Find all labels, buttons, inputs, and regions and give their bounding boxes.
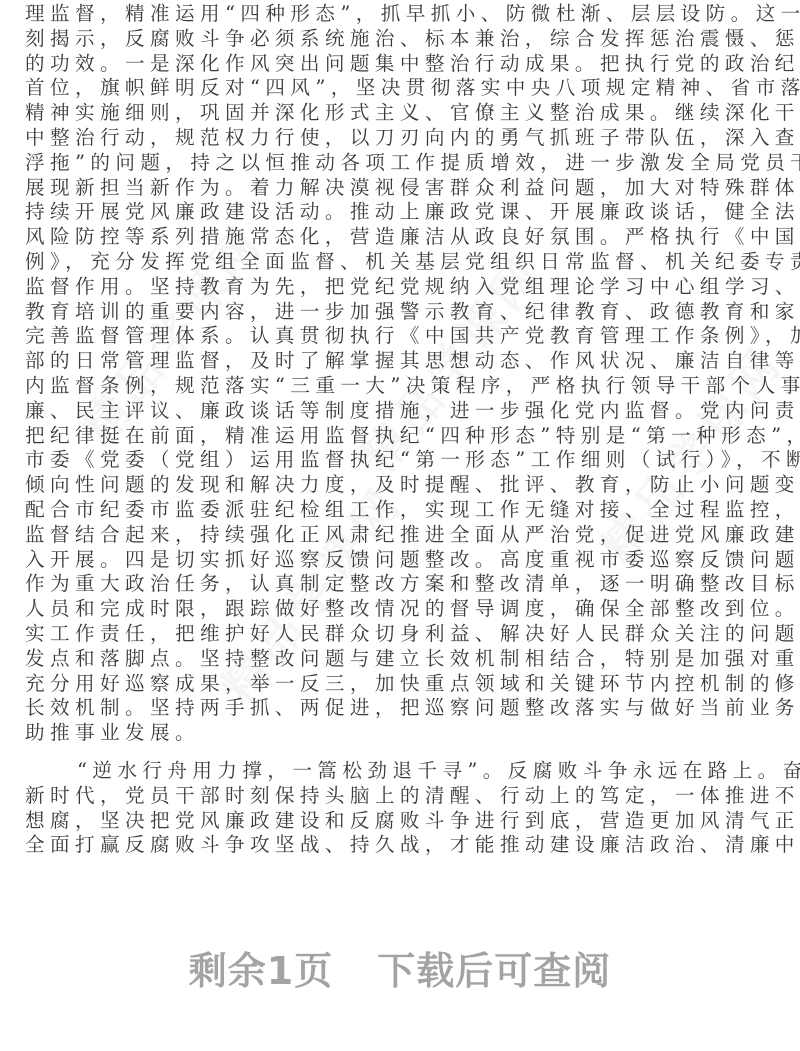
text-line: 全面打赢反腐败斗争攻坚战、持久战，才能推动建设廉洁政治、清廉中国行稳致远。 bbox=[25, 833, 777, 858]
text-line: 精神实施细则，巩固并深化形式主义、官僚主义整治成果。继续深化干部作风突出问题集 bbox=[25, 101, 777, 126]
paragraph-spacer bbox=[25, 746, 777, 759]
text-line: 入开展。四是切实抓好巡察反馈问题整改。高度重视市委巡察反馈问题整改工作，将巡察 bbox=[25, 548, 777, 573]
text-line: 首位，旗帜鲜明反对“四风”，坚决贯彻落实中央八项规定精神、省市落实中央八项规定 bbox=[25, 76, 777, 101]
paragraph-2: “逆水行舟用力撑，一篙松劲退千寻”。反腐败斗争永远在路上。奋进新征程，建功 新时… bbox=[25, 759, 777, 858]
text-line: 倾向性问题的发现和解决力度，及时提醒、批评、教育，防止小问题变成大问题。要密切 bbox=[25, 473, 777, 498]
text-line: 市委《党委（党组）运用监督执纪“第一形态”工作细则（试行）》，不断加大对苗头性、 bbox=[25, 448, 777, 473]
text-line: 的功效。一是深化作风突出问题集中整治行动成果。把执行党的政治纪律、政治规矩放在 bbox=[25, 52, 777, 77]
text-line: 廉、民主评议、廉政谈话等制度措施，进一步强化党内监督。党内问责要坚持纪在法前， bbox=[25, 399, 777, 424]
text-line: 监督作用。坚持教育为先，把党纪党规纳入党组理论学习中心组学习、党支部学习和党员 bbox=[25, 275, 777, 300]
text-line: 监督结合起来，持续强化正风肃纪推进全面从严治党，促进党风廉政建设和反腐败工作深 bbox=[25, 523, 777, 548]
text-line: 部的日常管理监督，及时了解掌握其思想动态、作风状况、廉洁自律等情况，认真执行党 bbox=[25, 349, 777, 374]
paragraph-1: 理监督，精准运用“四种形态”，抓早抓小、防微杜渐、层层设防。这一重要论述再次深 … bbox=[25, 2, 777, 746]
text-line: 中整治行动，规范权力行使，以刀刃向内的勇气抓班子带队伍，深入查摆和解决“旧怕庸 bbox=[25, 126, 777, 151]
text-line: 配合市纪委市监委派驻纪检组工作，实现工作无缝对接、全过程监控，把经常监督和重点 bbox=[25, 498, 777, 523]
text-line: 风险防控等系列措施常态化，营造廉洁从政良好氛围。严格执行《中国共产党党内监督条 bbox=[25, 225, 777, 250]
pages-left-label: 剩余1页 bbox=[189, 949, 333, 993]
text-line: 持续开展党风廉政建设活动。推动上廉政党课、开展廉政谈话，健全法制谈话制度，加强 bbox=[25, 200, 777, 225]
text-line: “逆水行舟用力撑，一篙松劲退千寻”。反腐败斗争永远在路上。奋进新征程，建功 bbox=[25, 759, 777, 784]
text-line: 理监督，精准运用“四种形态”，抓早抓小、防微杜渐、层层设防。这一重要论述再次深 bbox=[25, 2, 777, 27]
text-line: 新时代，党员干部时刻保持头脑上的清醒、行动上的笃定，一体推进不敢腐、不能腐、不 bbox=[25, 784, 777, 809]
text-line: 助推事业发展。 bbox=[25, 721, 777, 746]
text-line: 刻揭示，反腐败斗争必须系统施治、标本兼治，综合发挥惩治震慑、惩戒挽救、教育警醒 bbox=[25, 27, 777, 52]
text-line: 想腐，坚决把党风廉政建设和反腐败斗争进行到底，营造更加风清气正的政治生态，才能 bbox=[25, 809, 777, 834]
text-line: 教育培训的重要内容，进一步加强警示教育、纪律教育、政德教育和家风教育。三是健全 bbox=[25, 300, 777, 325]
text-line: 内监督条例，规范落实“三重一大”决策程序，严格执行领导干部个人事项报告、述职述 bbox=[25, 374, 777, 399]
text-line: 长效机制。坚持两手抓、两促进，把巡察问题整改落实与做好当前业务工作紧密结合起来， bbox=[25, 696, 777, 721]
text-line: 实工作责任，把维护好人民群众切身利益、解决好人民群众关注的问题作为一切工作的出 bbox=[25, 622, 777, 647]
text-line: 完善监督管理体系。认真贯彻执行《中国共产党教育管理工作条例》，加强对机关党员干 bbox=[25, 324, 777, 349]
text-line: 把纪律挺在前面，精准运用监督执纪“四种形态”特别是“第一种形态”，认真贯彻执行 bbox=[25, 424, 777, 449]
text-line: 充分用好巡察成果，举一反三，加快重点领域和关键环节内控机制的修订完善工作，构建 bbox=[25, 672, 777, 697]
document-page: 精品学课网 精品学课网 精品学课网 精品学课网 理监督，精准运用“四种形态”，抓… bbox=[0, 0, 800, 1051]
text-line: 浮拖”的问题，持之以恒推动各项工作提质增效，进一步激发全局党员干部在干事创业上 bbox=[25, 151, 777, 176]
text-line: 发点和落脚点。坚持整改问题与建立长效机制相结合，特别是加强对重点难点问题的整改， bbox=[25, 647, 777, 672]
text-line: 作为重大政治任务，认真制定整改方案和整改清单，逐一明确整改目标、具体措施、责任 bbox=[25, 572, 777, 597]
text-line: 例》，充分发挥党组全面监督、机关基层党组织日常监督、机关纪委专责监督和党员民主 bbox=[25, 250, 777, 275]
text-line: 展现新担当新作为。着力解决漠视侵害群众利益问题，加大对特殊群体的政策扶持。二是 bbox=[25, 176, 777, 201]
document-body: 理监督，精准运用“四种形态”，抓早抓小、防微杜渐、层层设防。这一重要论述再次深 … bbox=[25, 2, 777, 858]
remaining-pages-banner[interactable]: 剩余1页下载后可查阅 bbox=[0, 946, 800, 996]
download-hint-label: 下载后可查阅 bbox=[377, 949, 611, 993]
text-line: 人员和完成时限，跟踪做好整改情况的督导调度，确保全部整改到位。坚持问题导向，压 bbox=[25, 597, 777, 622]
